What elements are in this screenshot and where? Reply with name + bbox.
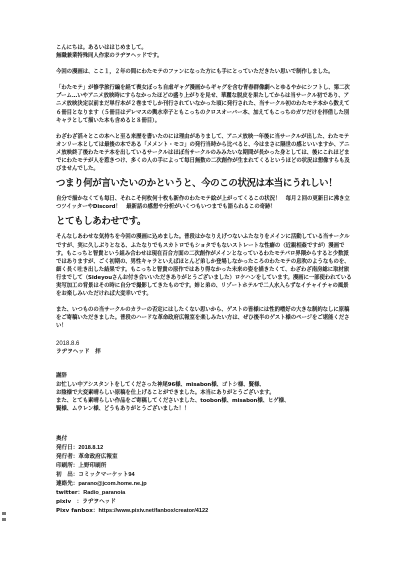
afterword-date: 2018.8.6	[56, 340, 352, 348]
thanks-line: お忙しい中アシスタントをしてくださった神尾96様、misabon様、ゴトシ様、賢…	[56, 381, 352, 389]
heading-happy: つまり何が言いたいのかというと、今のこの状況は本当にうれしい！	[56, 178, 352, 190]
greeting-line: 無職兼業特殊同人作家のラヂヲヘッドです。	[56, 52, 352, 60]
reason-paragraph: わざわざ滔々とこの本へと至る来歴を書いたのには理由がありまして、アニメ放映一年後…	[56, 133, 352, 173]
colophon-row-printer: 印刷所：上野印刷所	[56, 462, 352, 471]
colophon-row-twitter: twitter：Radio_paranoia	[56, 489, 352, 498]
guests-paragraph: また、いつものの当サークルのカラーの否定にはしたくない思いから、ゲストの皆様には…	[56, 306, 352, 330]
colophon-row-pixiv: pixiv ：ラヂヲヘッド	[56, 498, 352, 507]
heading-very-happy: とてもしあわせです。	[56, 216, 352, 228]
thanks-title: 謝辞	[56, 372, 352, 380]
afterword-signature: ラヂヲヘッド 拝	[56, 348, 352, 356]
afterword-page: こんにちは。あるいははじめまして。 無職兼業特殊同人作家のラヂヲヘッドです。 今…	[56, 44, 352, 516]
colophon-section: 奥付 発行日：2018.8.12 発行者：革命政府広報室 印刷所：上野印刷所 初…	[56, 435, 352, 516]
history-paragraph: 「わたモテ」が修学旅行編を経て喪女ぼっち自虐ギャグ漫画からギャグを含む青春群像劇…	[56, 84, 352, 124]
thanks-line: 賢様、ムウレン様、どうもありがとうございました！！	[56, 405, 352, 413]
thanks-section: 謝辞 お忙しい中アシスタントをしてくださった神尾96様、misabon様、ゴトシ…	[56, 372, 352, 412]
thanks-line: お陰様で大変素晴らしい原稿を仕上げることができました。本当にありがとうございます…	[56, 389, 352, 397]
page-edge-mark	[2, 512, 6, 521]
greeting-line: こんにちは。あるいははじめまして。	[56, 44, 352, 52]
colophon-row-publisher: 発行者：革命政府広報室	[56, 453, 352, 462]
colophon-row-fanbox: Pixv fanbox：https://www.pixiv.net/fanbox…	[56, 507, 352, 516]
colophon-title: 奥付	[56, 435, 352, 444]
thanks-line: また、とても素晴らしい作品をご寄稿してくださいました、toobon様、misab…	[56, 397, 352, 405]
colophon-row-first-release: 初 出：コミックマーケット94	[56, 471, 352, 480]
colophon-row-date: 発行日：2018.8.12	[56, 444, 352, 453]
colophon-row-contact: 連絡先：parano@jcom.home.ne.jp	[56, 480, 352, 489]
intro-paragraph: 今回の漫画は、ここ１，２年の間にわたモテのファンになった方にも手にとっていただき…	[56, 68, 352, 76]
content-paragraph: そんなしあわせな気持ちを今回の漫画に込めました。普段はかなりえげつないふたなりを…	[56, 233, 352, 298]
joy-paragraph: 自分で描かなくても毎日、それこそ何枚何十枚も新作のわたモテ絵が上がってくるこの状…	[56, 195, 352, 211]
